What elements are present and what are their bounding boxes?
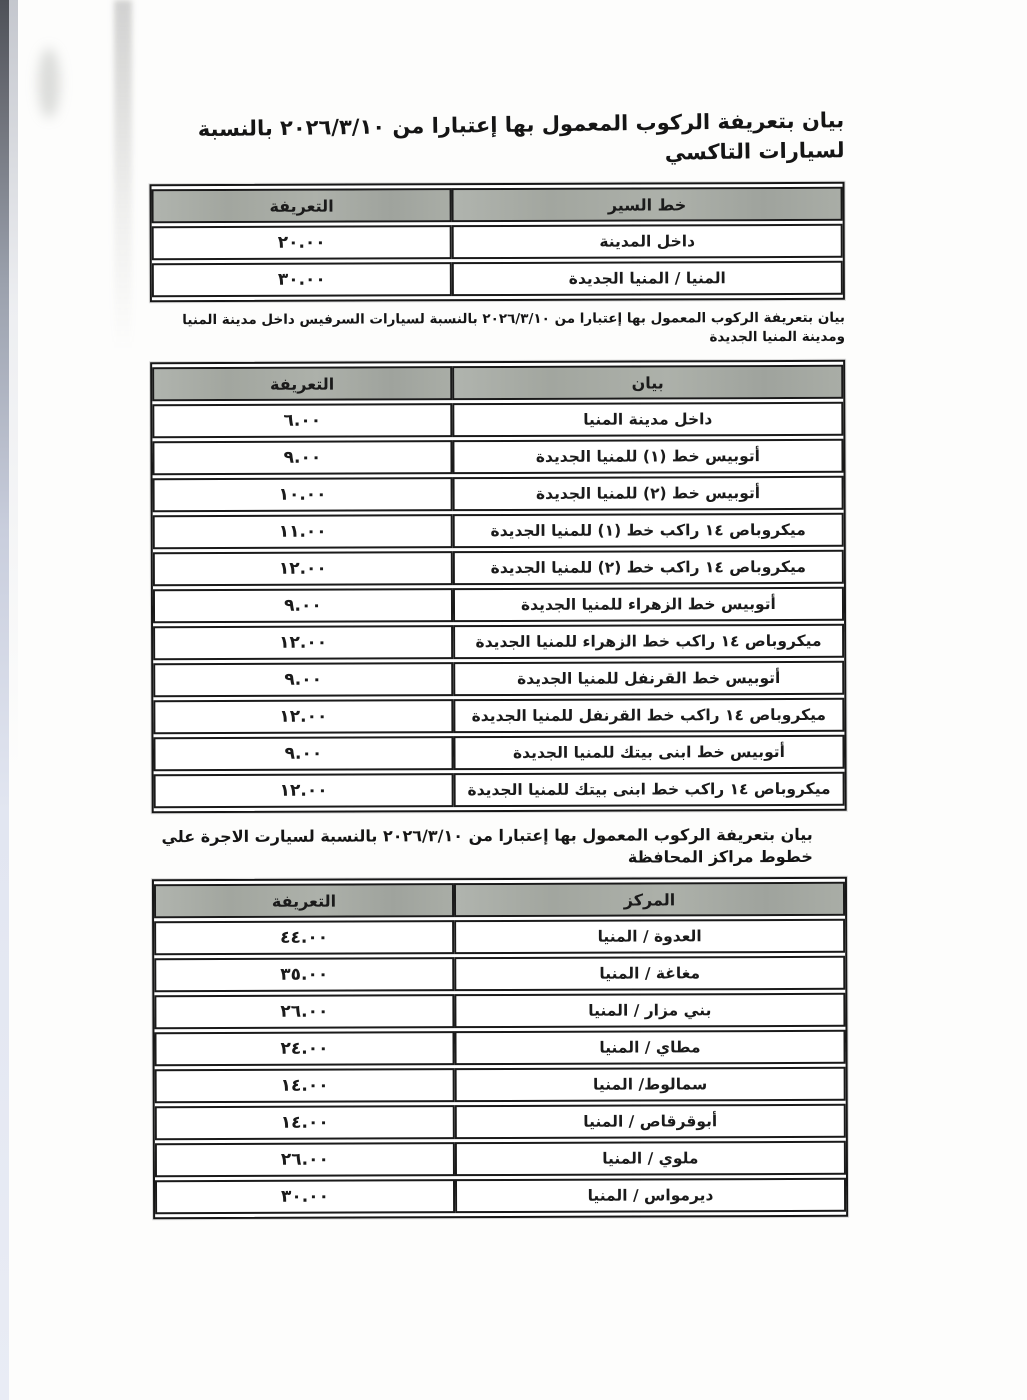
- table-row: مطاي / المنيا ٢٤.٠٠: [154, 1030, 845, 1066]
- fare-cell: ١٤.٠٠: [155, 1105, 455, 1140]
- route-cell: المنيا / المنيا الجديدة: [452, 261, 843, 296]
- route-cell: سمالوط/ المنيا: [455, 1067, 846, 1102]
- route-cell: العدوة / المنيا: [454, 919, 845, 954]
- centers-fare-table: المركز التعريفة العدوة / المنيا ٤٤.٠٠ مغ…: [154, 879, 846, 1217]
- route-cell: ملوي / المنيا: [455, 1141, 846, 1176]
- fare-cell: ١٢.٠٠: [153, 699, 453, 734]
- table-row: أتوبيس خط ابنى بيتك للمنيا الجديدة ٩.٠٠: [153, 735, 844, 771]
- taxi-fare-table-wrapper: خط السير التعريفة داخل المدينة ٢٠.٠٠ الم…: [150, 182, 845, 302]
- fare-cell: ٦.٠٠: [152, 403, 452, 438]
- fare-cell: ١٢.٠٠: [153, 551, 453, 586]
- centers-fare-table-wrapper: المركز التعريفة العدوة / المنيا ٤٤.٠٠ مغ…: [152, 877, 848, 1219]
- fare-cell: ٣٠.٠٠: [152, 262, 452, 297]
- table-row: ملوي / المنيا ٢٦.٠٠: [155, 1141, 846, 1177]
- table-header-row: بيان التعريفة: [152, 365, 843, 401]
- table-row: سمالوط/ المنيا ١٤.٠٠: [155, 1067, 846, 1103]
- scan-edge-artifact: [0, 0, 9, 1400]
- table-row: ميكروباص ١٤ راكب خط الزهراء للمنيا الجدي…: [153, 624, 844, 660]
- fare-cell: ٣٥.٠٠: [154, 957, 454, 992]
- route-column-header: المركز: [454, 882, 845, 917]
- fare-cell: ١٢.٠٠: [153, 625, 453, 660]
- table-header-row: المركز التعريفة: [154, 882, 845, 918]
- route-cell: أبوقرقاص / المنيا: [455, 1104, 846, 1139]
- fare-cell: ١٢.٠٠: [154, 773, 454, 808]
- route-cell: بني مزار / المنيا: [454, 993, 845, 1028]
- table-row: مغاغة / المنيا ٣٥.٠٠: [154, 956, 845, 992]
- table-header-row: خط السير التعريفة: [152, 187, 843, 223]
- scan-streak: [114, 0, 132, 350]
- fare-cell: ٩.٠٠: [152, 440, 452, 475]
- fare-column-header: التعريفة: [152, 188, 452, 223]
- table-row: ميكروباص ١٤ راكب خط (١) للمنيا الجديدة ١…: [153, 513, 844, 549]
- route-cell: أتوبيس خط ابنى بيتك للمنيا الجديدة: [453, 735, 844, 770]
- table-row: أبوقرقاص / المنيا ١٤.٠٠: [155, 1104, 846, 1140]
- service-fare-table: بيان التعريفة داخل مدينة المنيا ٦.٠٠ أتو…: [152, 362, 845, 811]
- fare-cell: ٩.٠٠: [153, 736, 453, 771]
- table-row: ميكروباص ١٤ راكب خط ابنى بيتك للمنيا الج…: [154, 772, 845, 808]
- table-row: داخل مدينة المنيا ٦.٠٠: [152, 402, 843, 438]
- fare-cell: ٩.٠٠: [153, 662, 453, 697]
- route-cell: أتوبيس خط القرنفل للمنيا الجديدة: [453, 661, 844, 696]
- route-cell: ميكروباص ١٤ راكب خط القرنفل للمنيا الجدي…: [453, 698, 844, 733]
- fare-column-header: التعريفة: [154, 883, 454, 918]
- fare-cell: ٢٤.٠٠: [154, 1031, 454, 1066]
- route-cell: أتوبيس خط (١) للمنيا الجديدة: [452, 439, 843, 474]
- route-cell: أتوبيس خط (٢) للمنيا الجديدة: [452, 476, 843, 511]
- table-row: ديرمواس / المنيا ٣٠.٠٠: [155, 1178, 846, 1214]
- fare-cell: ١٤.٠٠: [155, 1068, 455, 1103]
- document-content: بيان بتعريفة الركوب المعمول بها إعتبارا …: [149, 0, 848, 1219]
- table-row: العدوة / المنيا ٤٤.٠٠: [154, 919, 845, 955]
- route-column-header: بيان: [452, 365, 843, 400]
- table-row: ميكروباص ١٤ راكب خط القرنفل للمنيا الجدي…: [153, 698, 844, 734]
- scanned-page: بيان بتعريفة الركوب المعمول بها إعتبارا …: [0, 0, 1027, 1400]
- fare-cell: ١١.٠٠: [153, 514, 453, 549]
- route-cell: ميكروباص ١٤ راكب خط (١) للمنيا الجديدة: [453, 513, 844, 548]
- table-row: بني مزار / المنيا ٢٦.٠٠: [154, 993, 845, 1029]
- fare-cell: ٢٦.٠٠: [154, 994, 454, 1029]
- route-cell: مطاي / المنيا: [454, 1030, 845, 1065]
- fare-cell: ٢٦.٠٠: [155, 1142, 455, 1177]
- route-cell: ميكروباص ١٤ راكب خط الزهراء للمنيا الجدي…: [453, 624, 844, 659]
- table-row: داخل المدينة ٢٠.٠٠: [152, 224, 843, 260]
- fare-cell: ١٠.٠٠: [153, 477, 453, 512]
- table-row: أتوبيس خط الزهراء للمنيا الجديدة ٩.٠٠: [153, 587, 844, 623]
- table-row: أتوبيس خط (٢) للمنيا الجديدة ١٠.٠٠: [153, 476, 844, 512]
- route-cell: أتوبيس خط الزهراء للمنيا الجديدة: [453, 587, 844, 622]
- route-cell: ديرمواس / المنيا: [455, 1178, 846, 1213]
- table-row: أتوبيس خط (١) للمنيا الجديدة ٩.٠٠: [152, 439, 843, 475]
- fare-cell: ٢٠.٠٠: [152, 225, 452, 260]
- scan-smudge: [38, 48, 60, 118]
- scan-edge-artifact-2: [9, 0, 18, 770]
- route-cell: داخل المدينة: [452, 224, 843, 259]
- table-row: أتوبيس خط القرنفل للمنيا الجديدة ٩.٠٠: [153, 661, 844, 697]
- fare-cell: ٤٤.٠٠: [154, 920, 454, 955]
- section-title-taxi: بيان بتعريفة الركوب المعمول بها إعتبارا …: [149, 105, 845, 175]
- route-cell: ميكروباص ١٤ راكب خط (٢) للمنيا الجديدة: [453, 550, 844, 585]
- section-title-centers: بيان بتعريفة الركوب المعمول بها إعتبارا …: [152, 824, 847, 870]
- route-column-header: خط السير: [451, 187, 842, 222]
- fare-cell: ٩.٠٠: [153, 588, 453, 623]
- fare-cell: ٣٠.٠٠: [155, 1179, 455, 1214]
- table-row: المنيا / المنيا الجديدة ٣٠.٠٠: [152, 261, 843, 297]
- taxi-fare-table: خط السير التعريفة داخل المدينة ٢٠.٠٠ الم…: [152, 184, 843, 300]
- fare-column-header: التعريفة: [152, 366, 452, 401]
- route-cell: مغاغة / المنيا: [454, 956, 845, 991]
- table-row: ميكروباص ١٤ راكب خط (٢) للمنيا الجديدة ١…: [153, 550, 844, 586]
- service-fare-table-wrapper: بيان التعريفة داخل مدينة المنيا ٦.٠٠ أتو…: [150, 360, 847, 813]
- route-cell: داخل مدينة المنيا: [452, 402, 843, 437]
- route-cell: ميكروباص ١٤ راكب خط ابنى بيتك للمنيا الج…: [453, 772, 844, 807]
- section-title-service: بيان بتعريفة الركوب المعمول بها إعتبارا …: [150, 309, 845, 349]
